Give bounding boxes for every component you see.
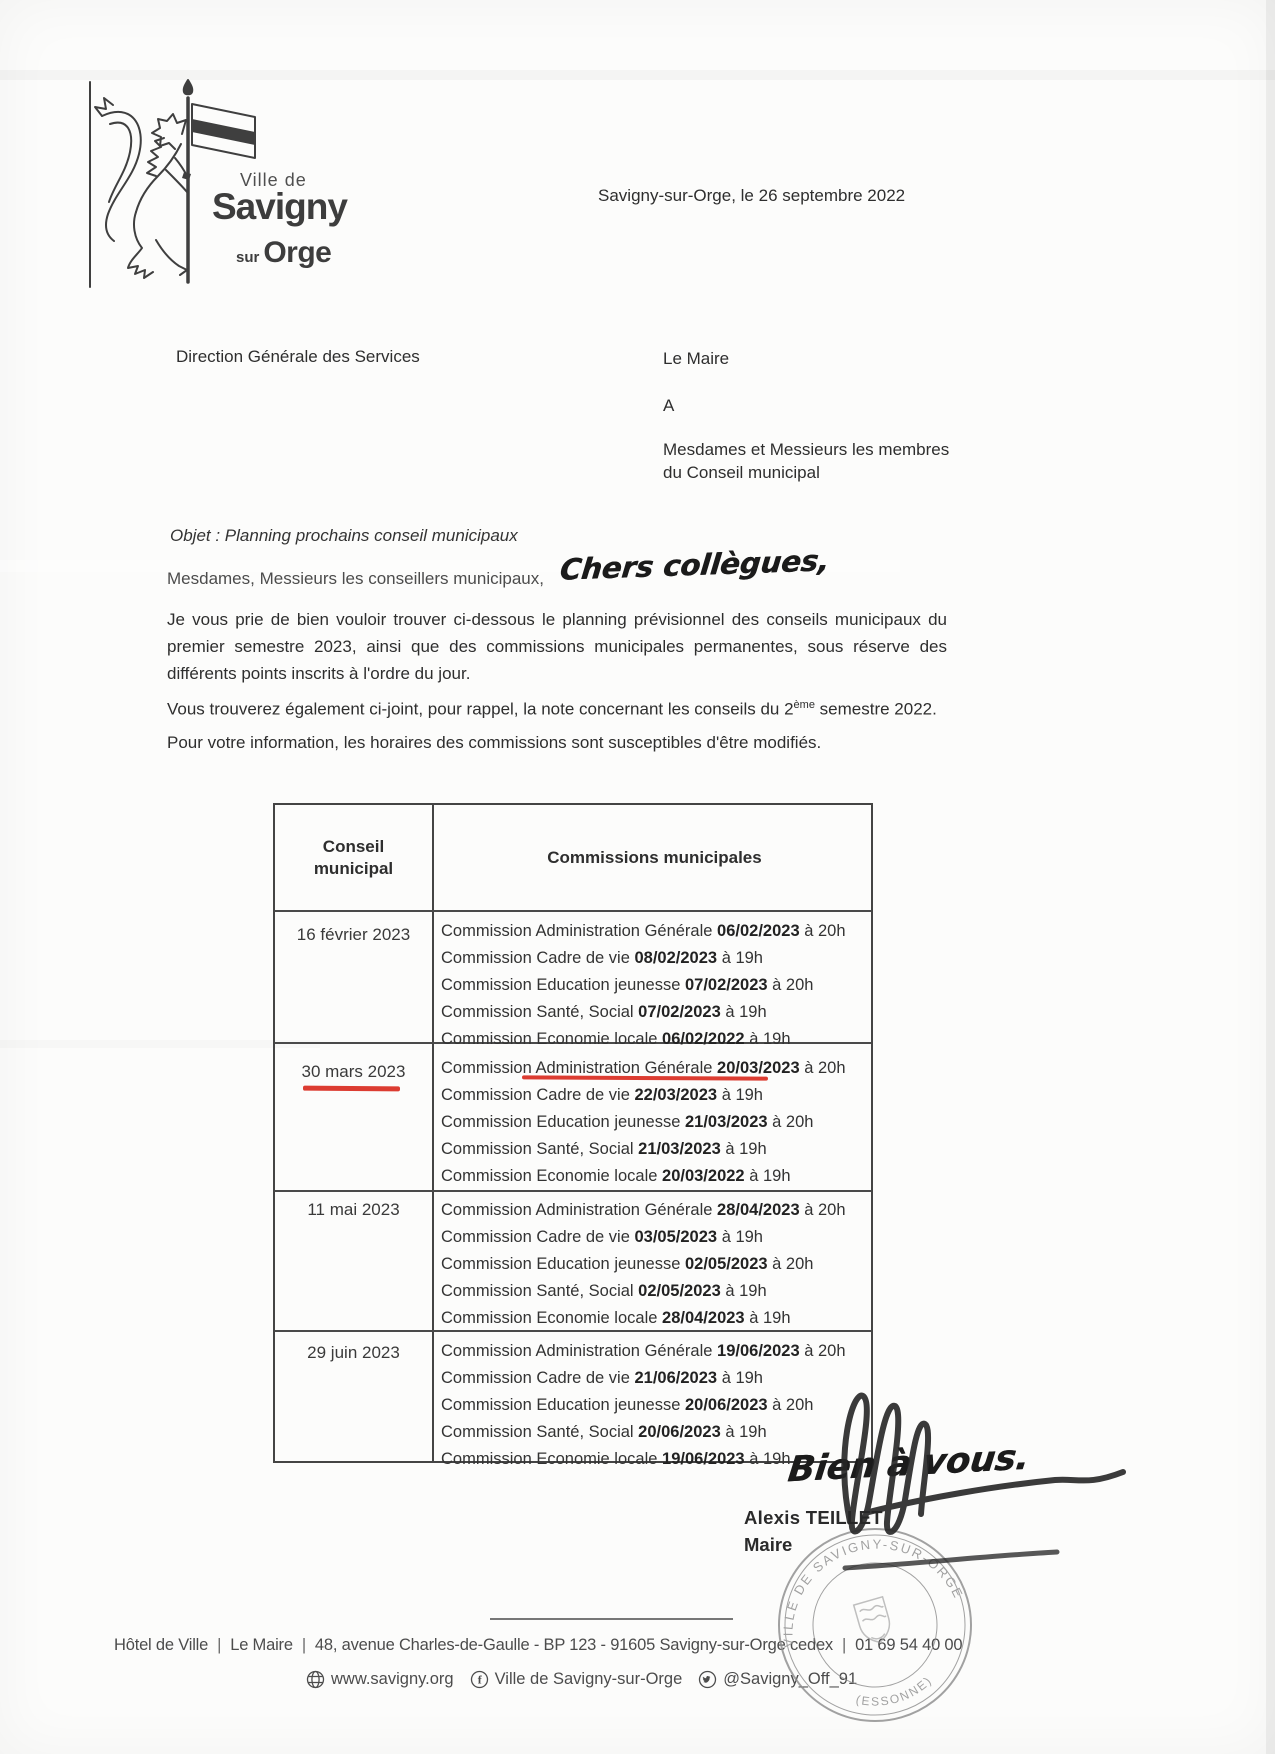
logo-city-line3: sur Orge — [236, 236, 331, 270]
facebook-icon: f — [470, 1670, 489, 1689]
table-header-council-label: Conseil municipal — [306, 836, 401, 880]
logo-city-line2: Savigny — [212, 186, 347, 228]
commission-date: 07/02/2023 — [685, 976, 768, 994]
twitter-bird-icon — [698, 1670, 717, 1689]
commission-date: 06/02/2023 — [717, 922, 800, 940]
red-underline-council-date — [303, 1086, 400, 1092]
scan-streak — [0, 1040, 320, 1048]
commission-name: Commission Administration Générale — [441, 1342, 712, 1360]
commission-name: Commission Santé, Social — [441, 1140, 634, 1158]
commission-name: Commission Economie locale — [441, 1030, 657, 1048]
commission-name: Commission Cadre de vie — [441, 1369, 630, 1387]
svg-text:f: f — [477, 1673, 482, 1687]
commission-name: Commission Santé, Social — [441, 1282, 634, 1300]
table-header-council: Conseil municipal — [275, 805, 432, 910]
logo-orge: Orge — [263, 236, 331, 270]
commission-time: à 20h — [772, 976, 813, 994]
commission-date: 07/02/2023 — [638, 1003, 721, 1021]
commission-line: Commission Santé, Social 07/02/2023 à 19… — [441, 999, 871, 1026]
commission-name: Commission Santé, Social — [441, 1003, 634, 1021]
commission-name: Commission Education jeunesse — [441, 1113, 680, 1131]
commission-date: 02/05/2023 — [638, 1282, 721, 1300]
footer-hotel-de-ville: Hôtel de Ville — [114, 1636, 208, 1654]
commission-date: 28/04/2023 — [662, 1309, 745, 1327]
footer-social-line: www.savigny.org f Ville de Savigny-sur-O… — [306, 1670, 857, 1689]
commission-time: à 19h — [725, 1003, 766, 1021]
commission-time: à 19h — [725, 1282, 766, 1300]
commission-name: Commission Administration Générale — [441, 1059, 712, 1077]
commission-date: 21/06/2023 — [635, 1369, 718, 1387]
recipient-from: Le Maire — [663, 347, 949, 370]
recipient-to-prefix: A — [663, 394, 949, 417]
recipient-block: Le Maire A Mesdames et Messieurs les mem… — [663, 347, 949, 484]
sender-department: Direction Générale des Services — [176, 347, 420, 367]
commission-date: 02/05/2023 — [685, 1255, 768, 1273]
footer-separator: | — [302, 1636, 306, 1654]
commission-date: 22/03/2023 — [635, 1086, 718, 1104]
commission-date: 06/02/2022 — [662, 1030, 745, 1048]
scan-streak — [1266, 0, 1275, 1754]
table-header-commissions: Commissions municipales — [434, 805, 875, 910]
body-paragraph-2: Vous trouverez également ci-joint, pour … — [167, 692, 1027, 723]
commission-name: Commission Santé, Social — [441, 1423, 634, 1441]
commission-line: Commission Economie locale 28/04/2023 à … — [441, 1305, 871, 1332]
stamp-bottom-text: (ESSONNE) — [851, 1671, 938, 1717]
signature-scrawl — [805, 1362, 1135, 1642]
schedule-table: Conseil municipal Commissions municipale… — [273, 803, 873, 1463]
commission-time: à 19h — [722, 1228, 763, 1246]
recipient-to-line2: du Conseil municipal — [663, 461, 949, 484]
commission-name: Commission Economie locale — [441, 1450, 657, 1468]
commission-line: Commission Cadre de vie 08/02/2023 à 19h — [441, 945, 871, 972]
council-date-cell: 29 juin 2023 — [275, 1343, 432, 1363]
commission-date: 19/06/2023 — [717, 1342, 800, 1360]
commissions-cell: Commission Administration Générale 06/02… — [441, 918, 871, 1053]
commission-line: Commission Administration Générale 19/06… — [441, 1338, 871, 1365]
commission-date: 08/02/2023 — [635, 949, 718, 967]
commission-time: à 20h — [804, 922, 845, 940]
commission-date: 20/03/2023 — [717, 1059, 800, 1077]
commission-date: 20/06/2023 — [685, 1396, 768, 1414]
commission-time: à 19h — [749, 1030, 790, 1048]
commission-date: 20/06/2023 — [638, 1423, 721, 1441]
commission-line: Commission Santé, Social 02/05/2023 à 19… — [441, 1278, 871, 1305]
commission-date: 21/03/2023 — [638, 1140, 721, 1158]
commission-name: Commission Economie locale — [441, 1167, 657, 1185]
commission-name: Commission Administration Générale — [441, 1201, 712, 1219]
commission-time: à 19h — [749, 1309, 790, 1327]
footer-facebook-label: Ville de Savigny-sur-Orge — [495, 1670, 683, 1689]
commission-line: Commission Administration Générale 06/02… — [441, 918, 871, 945]
footer-street-address: 48, avenue Charles-de-Gaulle - BP 123 - … — [315, 1636, 833, 1654]
recipient-to-line1: Mesdames et Messieurs les membres — [663, 438, 949, 461]
body-paragraph-1: Je vous prie de bien vouloir trouver ci-… — [167, 606, 947, 687]
footer-divider-line — [490, 1618, 733, 1620]
commission-name: Commission Education jeunesse — [441, 976, 680, 994]
subject-line: Objet : Planning prochains conseil munic… — [170, 526, 518, 546]
commission-line: Commission Education jeunesse 21/03/2023… — [441, 1109, 871, 1136]
commission-line: Commission Cadre de vie 22/03/2023 à 19h — [441, 1082, 871, 1109]
footer-website-item: www.savigny.org — [306, 1670, 454, 1689]
commission-name: Commission Administration Générale — [441, 922, 712, 940]
body-paragraph-3: Pour votre information, les horaires des… — [167, 729, 1027, 756]
commission-date: 28/04/2023 — [717, 1201, 800, 1219]
svg-text:(ESSONNE): (ESSONNE) — [851, 1671, 938, 1717]
commission-date: 20/03/2022 — [662, 1167, 745, 1185]
commission-time: à 20h — [804, 1342, 845, 1360]
p2-text-end: semestre 2022. — [815, 700, 937, 719]
place-date-line: Savigny-sur-Orge, le 26 septembre 2022 — [598, 186, 905, 206]
commission-time: à 19h — [725, 1140, 766, 1158]
footer-separator: | — [217, 1636, 221, 1654]
council-date-cell: 16 février 2023 — [275, 925, 432, 945]
commission-line: Commission Administration Générale 28/04… — [441, 1197, 871, 1224]
commission-time: à 19h — [722, 1369, 763, 1387]
commission-date: 21/03/2023 — [685, 1113, 768, 1131]
council-date-cell: 30 mars 2023 — [275, 1062, 432, 1082]
p2-text: Vous trouverez également ci-joint, pour … — [167, 700, 794, 719]
table-row-line — [275, 910, 871, 912]
p2-superscript: ème — [794, 699, 815, 711]
commission-time: à 20h — [772, 1255, 813, 1273]
commission-time: à 19h — [749, 1450, 790, 1468]
commission-time: à 19h — [722, 949, 763, 967]
commission-name: Commission Economie locale — [441, 1309, 657, 1327]
commission-line: Commission Economie locale 20/03/2022 à … — [441, 1163, 871, 1190]
commission-line: Commission Santé, Social 21/03/2023 à 19… — [441, 1136, 871, 1163]
commission-time: à 20h — [804, 1201, 845, 1219]
table-row-line — [275, 1190, 871, 1192]
commission-name: Commission Cadre de vie — [441, 1086, 630, 1104]
footer-website-label: www.savigny.org — [331, 1670, 454, 1689]
commission-name: Commission Cadre de vie — [441, 949, 630, 967]
commissions-cell: Commission Administration Générale 28/04… — [441, 1197, 871, 1332]
council-date-cell: 11 mai 2023 — [275, 1200, 432, 1220]
scanned-letter-page: Ville de Savigny sur Orge Savigny-sur-Or… — [0, 0, 1275, 1754]
commission-name: Commission Cadre de vie — [441, 1228, 630, 1246]
globe-icon — [306, 1670, 325, 1689]
commission-time: à 19h — [722, 1086, 763, 1104]
commission-line: Commission Education jeunesse 02/05/2023… — [441, 1251, 871, 1278]
salutation-printed: Mesdames, Messieurs les conseillers muni… — [167, 569, 544, 589]
flag-finial — [184, 80, 193, 94]
logo-sur: sur — [236, 249, 259, 266]
commission-time: à 19h — [725, 1423, 766, 1441]
handwritten-salutation: Chers collègues, — [558, 543, 831, 587]
commission-date: 03/05/2023 — [635, 1228, 718, 1246]
commission-time: à 20h — [804, 1059, 845, 1077]
commission-time: à 19h — [749, 1167, 790, 1185]
commission-time: à 20h — [772, 1113, 813, 1131]
commission-date: 19/06/2023 — [662, 1450, 745, 1468]
commission-name: Commission Education jeunesse — [441, 1396, 680, 1414]
footer-facebook-item: f Ville de Savigny-sur-Orge — [470, 1670, 683, 1689]
commission-line: Commission Education jeunesse 07/02/2023… — [441, 972, 871, 999]
commission-name: Commission Education jeunesse — [441, 1255, 680, 1273]
commission-line: Commission Economie locale 06/02/2022 à … — [441, 1026, 871, 1053]
commission-line: Commission Cadre de vie 03/05/2023 à 19h — [441, 1224, 871, 1251]
footer-le-maire: Le Maire — [230, 1636, 293, 1654]
